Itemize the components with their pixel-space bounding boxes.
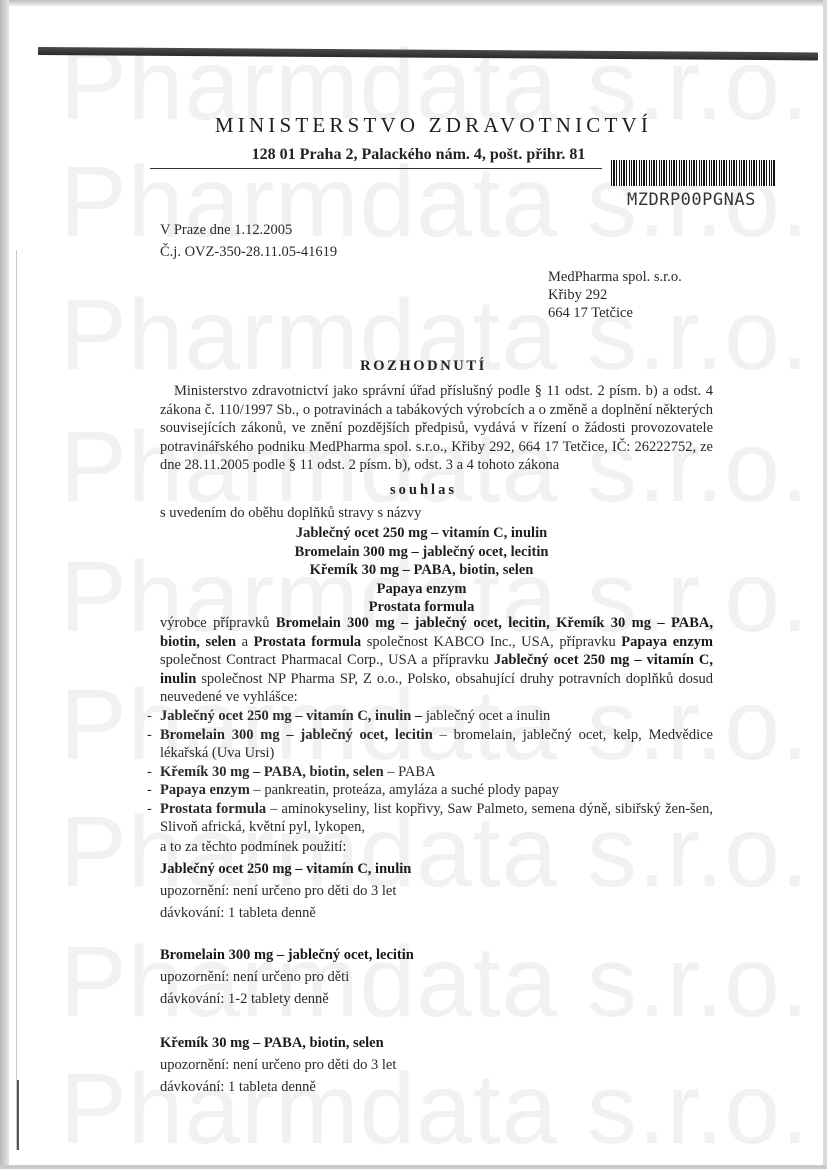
- reference-number: Č.j. OVZ-350-28.11.05-41619: [160, 244, 337, 261]
- ingredient-separator: –: [266, 801, 281, 817]
- producers-products: Papaya enzym: [621, 634, 713, 650]
- recipient-name: MedPharma spol. s.r.o.: [548, 268, 682, 286]
- condition-dosage: dávkování: 1-2 tablety denně: [160, 988, 414, 1010]
- condition-product: Bromelain 300 mg – jablečný ocet, leciti…: [160, 947, 414, 963]
- barcode-text: MZDRP00PGNAS: [627, 190, 756, 210]
- condition-block: Křemík 30 mg – PABA, biotin, selen upozo…: [160, 1032, 396, 1098]
- product-name: Papaya enzym: [16, 580, 827, 599]
- ingredient-item: -Křemík 30 mg – PABA, biotin, selen – PA…: [160, 763, 713, 782]
- condition-block: Jablečný ocet 250 mg – vitamín C, inulin…: [160, 858, 411, 924]
- producers-text: výrobce přípravků: [160, 615, 276, 631]
- list-dash: -: [147, 726, 152, 745]
- list-dash: -: [147, 800, 152, 819]
- date-line: V Praze dne 1.12.2005: [160, 222, 292, 239]
- ingredient-text: PABA: [398, 764, 435, 780]
- ingredient-item: -Papaya enzym – pankreatin, proteáza, am…: [160, 781, 713, 800]
- ingredient-separator: –: [250, 782, 265, 798]
- ingredient-product: Prostata formula: [160, 801, 266, 817]
- ingredient-separator: –: [433, 727, 454, 743]
- recipient-city: 664 17 Tetčice: [548, 304, 682, 322]
- ingredient-text: pankreatin, proteáza, amyláza a suché pl…: [264, 782, 559, 798]
- list-dash: -: [147, 781, 152, 800]
- ingredient-product: Papaya enzym: [160, 782, 250, 798]
- condition-warning: upozornění: není určeno pro děti do 3 le…: [160, 1054, 396, 1076]
- barcode-icon: [611, 160, 776, 186]
- decision-intro: Ministerstvo zdravotnictví jako správní …: [160, 382, 713, 475]
- condition-warning: upozornění: není určeno pro děti do 3 le…: [160, 880, 411, 902]
- condition-dosage: dávkování: 1 tableta denně: [160, 902, 411, 924]
- ingredient-product: Křemík 30 mg – PABA, biotin, selen: [160, 764, 384, 780]
- product-name: Jablečný ocet 250 mg – vitamín C, inulin: [16, 524, 827, 543]
- address-rule: [150, 168, 602, 169]
- consent-lead: s uvedením do oběhu doplňků stravy s náz…: [160, 504, 713, 523]
- list-dash: -: [147, 707, 152, 726]
- ingredients-list: -Jablečný ocet 250 mg – vitamín C, inuli…: [160, 707, 713, 837]
- condition-product: Křemík 30 mg – PABA, biotin, selen: [160, 1035, 384, 1051]
- producers-text: společnost KABCO Inc., USA, přípravku: [361, 634, 621, 650]
- ingredient-separator: –: [384, 764, 399, 780]
- condition-product: Jablečný ocet 250 mg – vitamín C, inulin: [160, 861, 411, 877]
- producers-text: společnost NP Pharma SP, Z o.o., Polsko,…: [160, 671, 713, 706]
- condition-warning: upozornění: není určeno pro děti: [160, 966, 414, 988]
- producers-paragraph: výrobce přípravků Bromelain 300 mg – jab…: [160, 614, 713, 707]
- top-rule: [38, 47, 818, 60]
- ingredient-item: -Bromelain 300 mg – jablečný ocet, lecit…: [160, 726, 713, 763]
- ministry-title: MINISTERSTVO ZDRAVOTNICTVÍ: [0, 113, 827, 138]
- condition-block: Bromelain 300 mg – jablečný ocet, leciti…: [160, 944, 414, 1010]
- ingredient-text: jablečný ocet a inulin: [426, 708, 550, 724]
- ingredient-product: Bromelain 300 mg – jablečný ocet, leciti…: [160, 727, 433, 743]
- list-dash: -: [147, 763, 152, 782]
- ingredient-item: -Jablečný ocet 250 mg – vitamín C, inuli…: [160, 707, 713, 726]
- ingredient-separator: –: [411, 708, 426, 724]
- document-page: MINISTERSTVO ZDRAVOTNICTVÍ 128 01 Praha …: [0, 0, 827, 1169]
- producers-text: společnost Contract Pharmacal Corp., USA…: [160, 652, 494, 668]
- decision-title: ROZHODNUTÍ: [0, 358, 827, 375]
- ingredient-product: Jablečný ocet 250 mg – vitamín C, inulin: [160, 708, 411, 724]
- producers-products: Prostata formula: [254, 634, 362, 650]
- condition-dosage: dávkování: 1 tableta denně: [160, 1076, 396, 1098]
- decision-intro-text: Ministerstvo zdravotnictví jako správní …: [160, 383, 713, 473]
- product-name: Křemík 30 mg – PABA, biotin, selen: [16, 561, 827, 580]
- producers-text: a: [236, 634, 254, 650]
- ingredient-item: -Prostata formula – aminokyseliny, list …: [160, 800, 713, 837]
- recipient-street: Křiby 292: [548, 286, 682, 304]
- consent-heading: souhlas: [0, 482, 827, 499]
- recipient-address: MedPharma spol. s.r.o. Křiby 292 664 17 …: [548, 268, 682, 322]
- product-names-list: Jablečný ocet 250 mg – vitamín C, inulin…: [0, 524, 827, 617]
- conditions-lead: a to za těchto podmínek použití:: [160, 838, 713, 857]
- product-name: Bromelain 300 mg – jablečný ocet, leciti…: [16, 543, 827, 562]
